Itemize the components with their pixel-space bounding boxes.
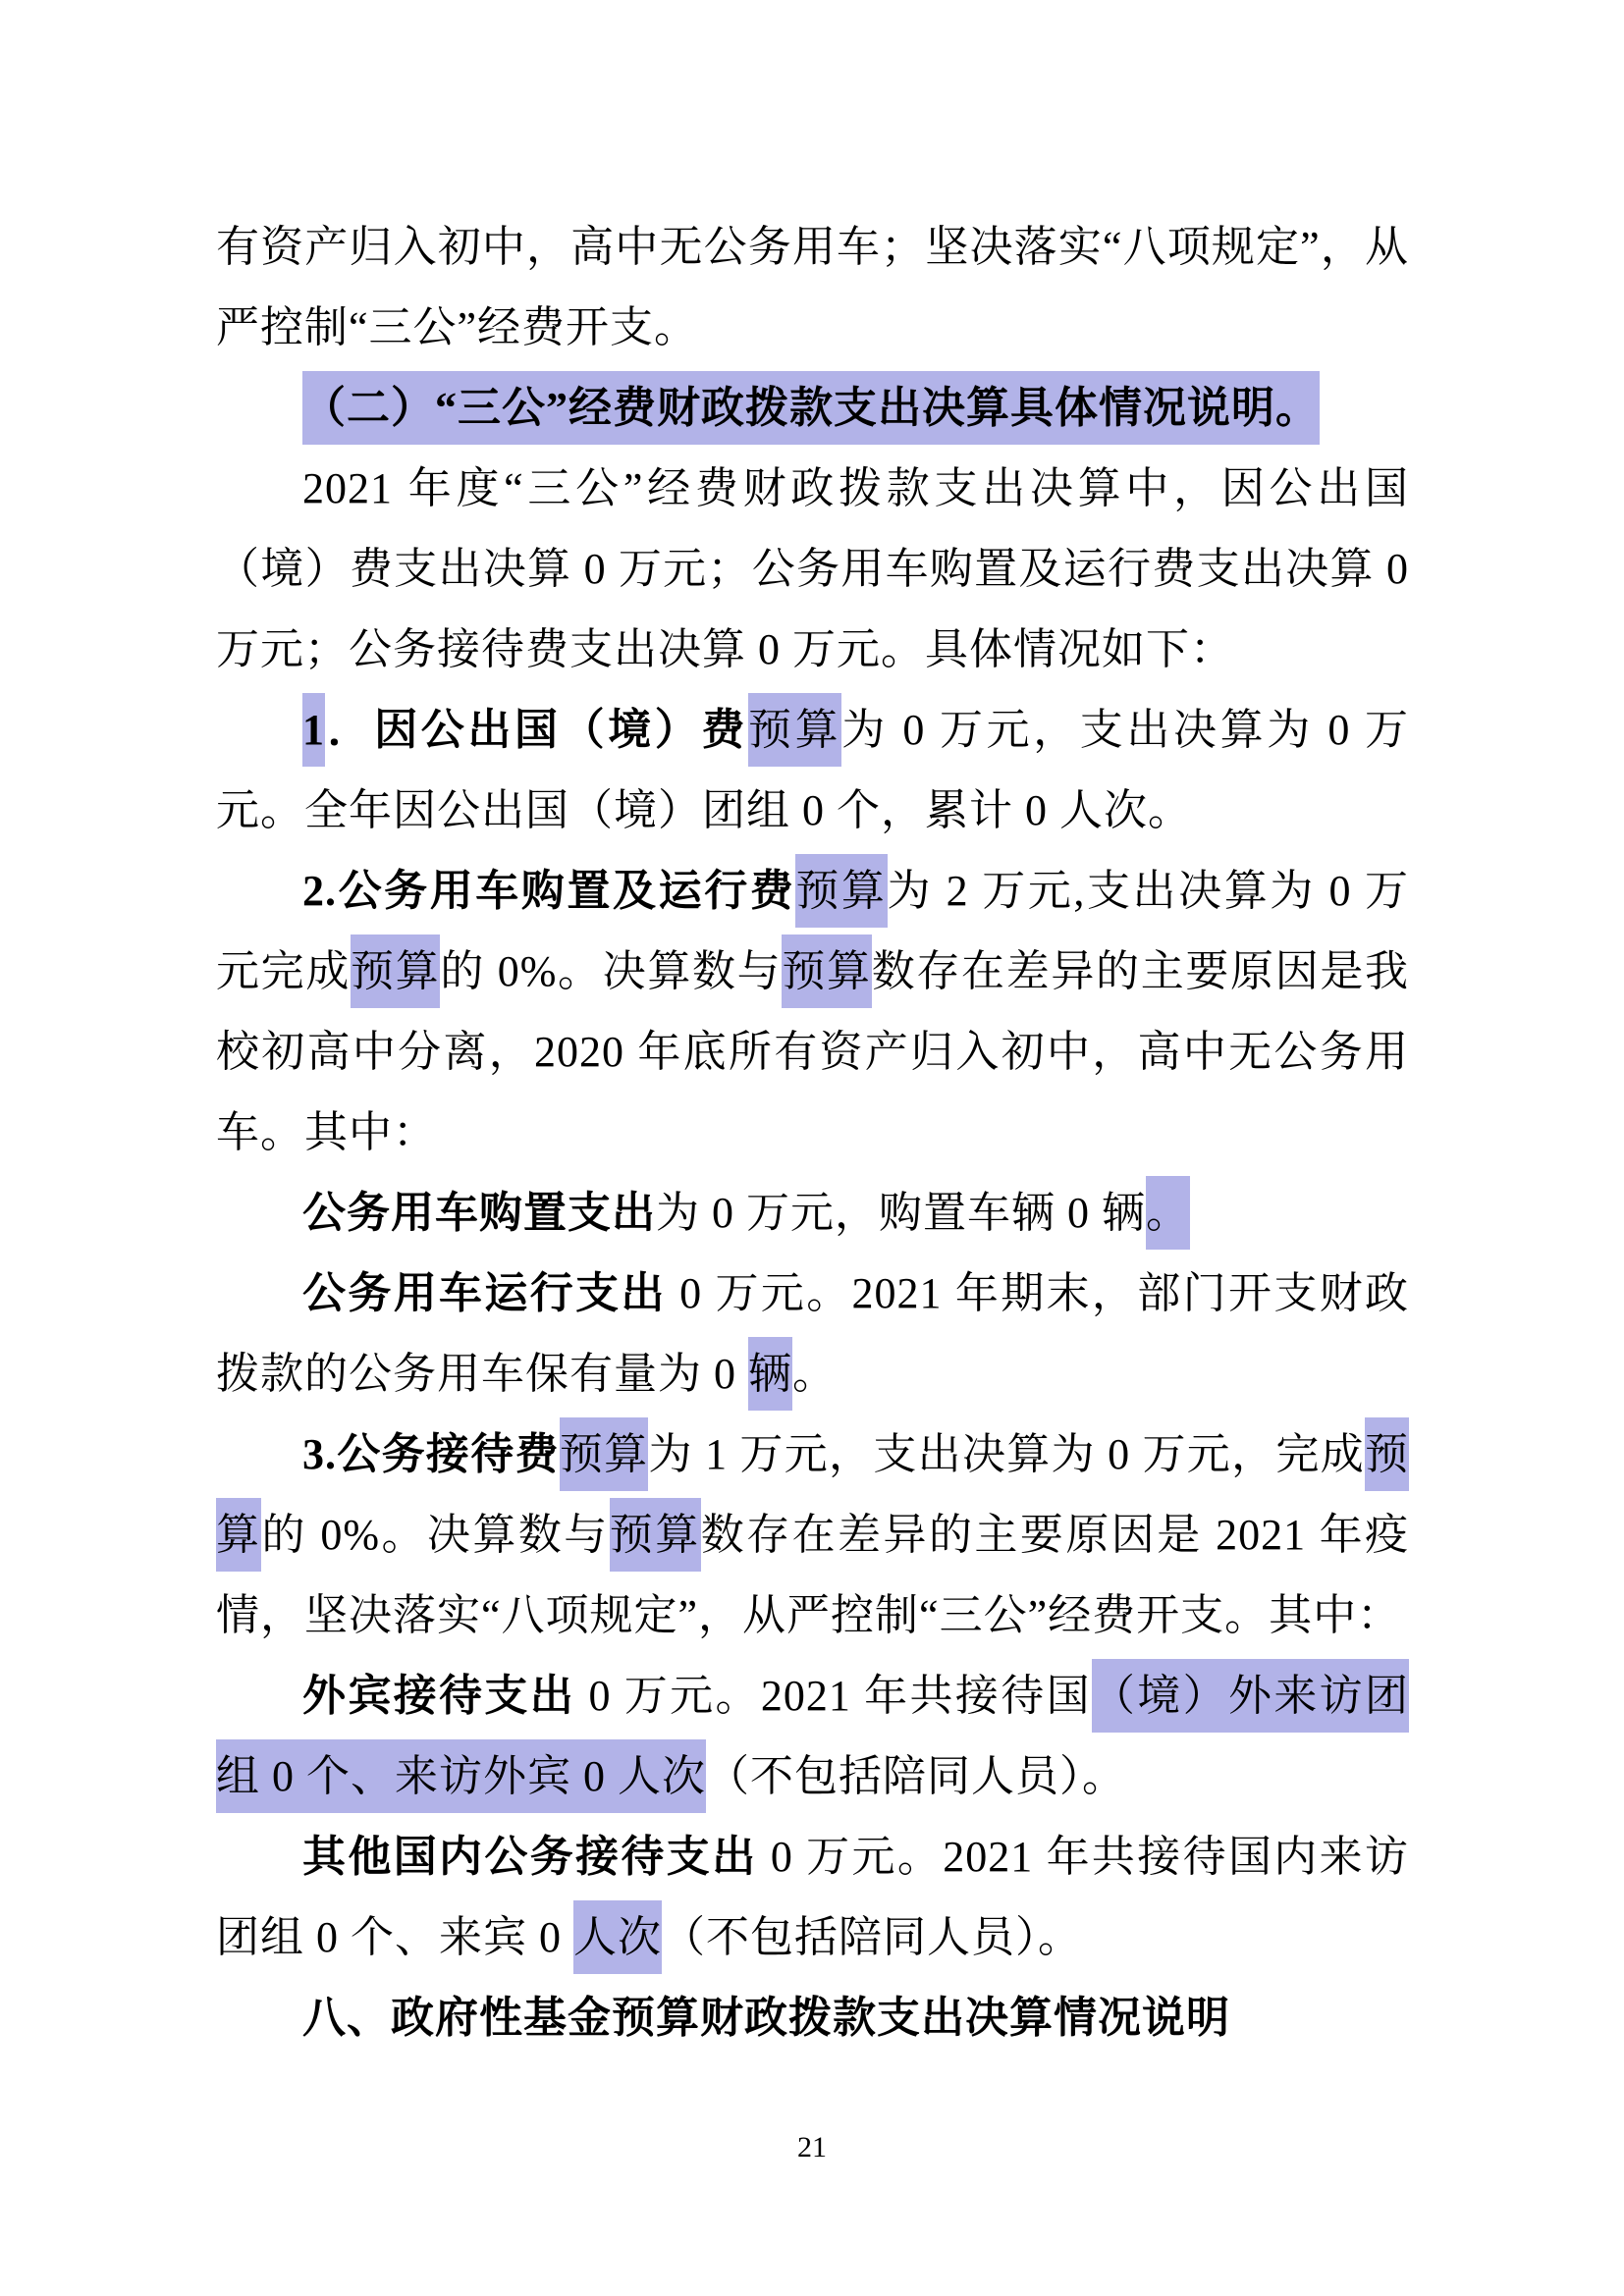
heading-text: 八、政府性基金预算财政拨款支出决算情况说明 — [302, 1994, 1230, 2042]
text-run: 0 万元。2021 年共接待国 — [575, 1672, 1092, 1720]
bold-run: 其他国内公务接待支出 — [302, 1833, 757, 1881]
text-run: （不包括陪同人员）。 — [662, 1913, 1082, 1961]
highlighted-heading-text: （二）“三公”经费财政拨款支出决算具体情况说明。 — [302, 371, 1320, 445]
paragraph-vehicle-operation: 公务用车运行支出 0 万元。2021 年期末，部门开支财政拨款的公务用车保有量为… — [216, 1254, 1409, 1415]
highlight-run-budget: 预算 — [748, 693, 841, 767]
item-number-highlight: 1 — [302, 693, 325, 767]
text-run: （不包括陪同人员）。 — [706, 1752, 1126, 1800]
document-page: 有资产归入初中，高中无公务用车；坚决落实“八项规定”，从严控制“三公”经费开支。… — [0, 0, 1624, 2296]
text-run: 为 1 万元，支出决算为 0 万元，完成 — [648, 1430, 1365, 1478]
document-body-text: 有资产归入初中，高中无公务用车；坚决落实“八项规定”，从严控制“三公”经费开支。… — [216, 207, 1409, 2058]
heading-section-8-government-fund: 八、政府性基金预算财政拨款支出决算情况说明 — [216, 1978, 1409, 2058]
text-run: 有资产归入初中，高中无公务用车；坚决落实“八项规定”，从严控制“三公”经费开支。 — [216, 223, 1409, 351]
heading-section-2-sangong-details: （二）“三公”经费财政拨款支出决算具体情况说明。 — [216, 368, 1409, 449]
text-run: 2021 年度“三公”经费财政拨款支出决算中，因公出国（境）费支出决算 0 万元… — [216, 464, 1409, 673]
paragraph-item-3-reception-expense: 3.公务接待费预算为 1 万元，支出决算为 0 万元，完成预算的 0%。决算数与… — [216, 1415, 1409, 1656]
paragraph-sangong-overview: 2021 年度“三公”经费财政拨款支出决算中，因公出国（境）费支出决算 0 万元… — [216, 449, 1409, 690]
bold-run: 外宾接待支出 — [302, 1672, 575, 1720]
highlight-run-budget: 预算 — [795, 854, 887, 928]
bold-run: 3.公务接待费 — [302, 1430, 560, 1478]
text-run: 。 — [792, 1350, 837, 1398]
paragraph-domestic-reception: 其他国内公务接待支出 0 万元。2021 年共接待国内来访团组 0 个、来宾 0… — [216, 1817, 1409, 1978]
highlight-run-period: 。 — [1146, 1176, 1190, 1250]
highlight-run-liang: 辆 — [748, 1337, 792, 1411]
highlight-run-budget: 预算 — [610, 1498, 701, 1572]
bold-run: ．因公出国（境）费 — [325, 706, 748, 754]
highlight-run-budget: 预算 — [351, 934, 440, 1008]
highlight-run-renci: 人次 — [573, 1900, 662, 1974]
bold-run: 公务用车购置支出 — [302, 1189, 656, 1237]
paragraph-vehicle-purchase: 公务用车购置支出为 0 万元，购置车辆 0 辆。 — [216, 1173, 1409, 1254]
paragraph-item-2-vehicle-expense: 2.公务用车购置及运行费预算为 2 万元,支出决算为 0 万元完成预算的 0%。… — [216, 851, 1409, 1173]
paragraph-foreign-guest-reception: 外宾接待支出 0 万元。2021 年共接待国（境）外来访团组 0 个、来访外宾 … — [216, 1656, 1409, 1817]
paragraph-carryover: 有资产归入初中，高中无公务用车；坚决落实“八项规定”，从严控制“三公”经费开支。 — [216, 207, 1409, 368]
bold-run: 公务用车运行支出 — [302, 1269, 667, 1317]
page-number: 21 — [0, 2128, 1624, 2167]
paragraph-item-1-abroad-expense: 1．因公出国（境）费预算为 0 万元，支出决算为 0 万元。全年因公出国（境）团… — [216, 690, 1409, 851]
highlight-run-budget: 预算 — [782, 934, 871, 1008]
bold-run: 2.公务用车购置及运行费 — [302, 867, 795, 915]
text-run: 为 0 万元，购置车辆 0 辆 — [656, 1189, 1146, 1237]
text-run: 的 0%。决算数与 — [440, 947, 782, 995]
highlight-run-budget: 预算 — [560, 1417, 649, 1491]
text-run: 的 0%。决算数与 — [261, 1511, 609, 1559]
